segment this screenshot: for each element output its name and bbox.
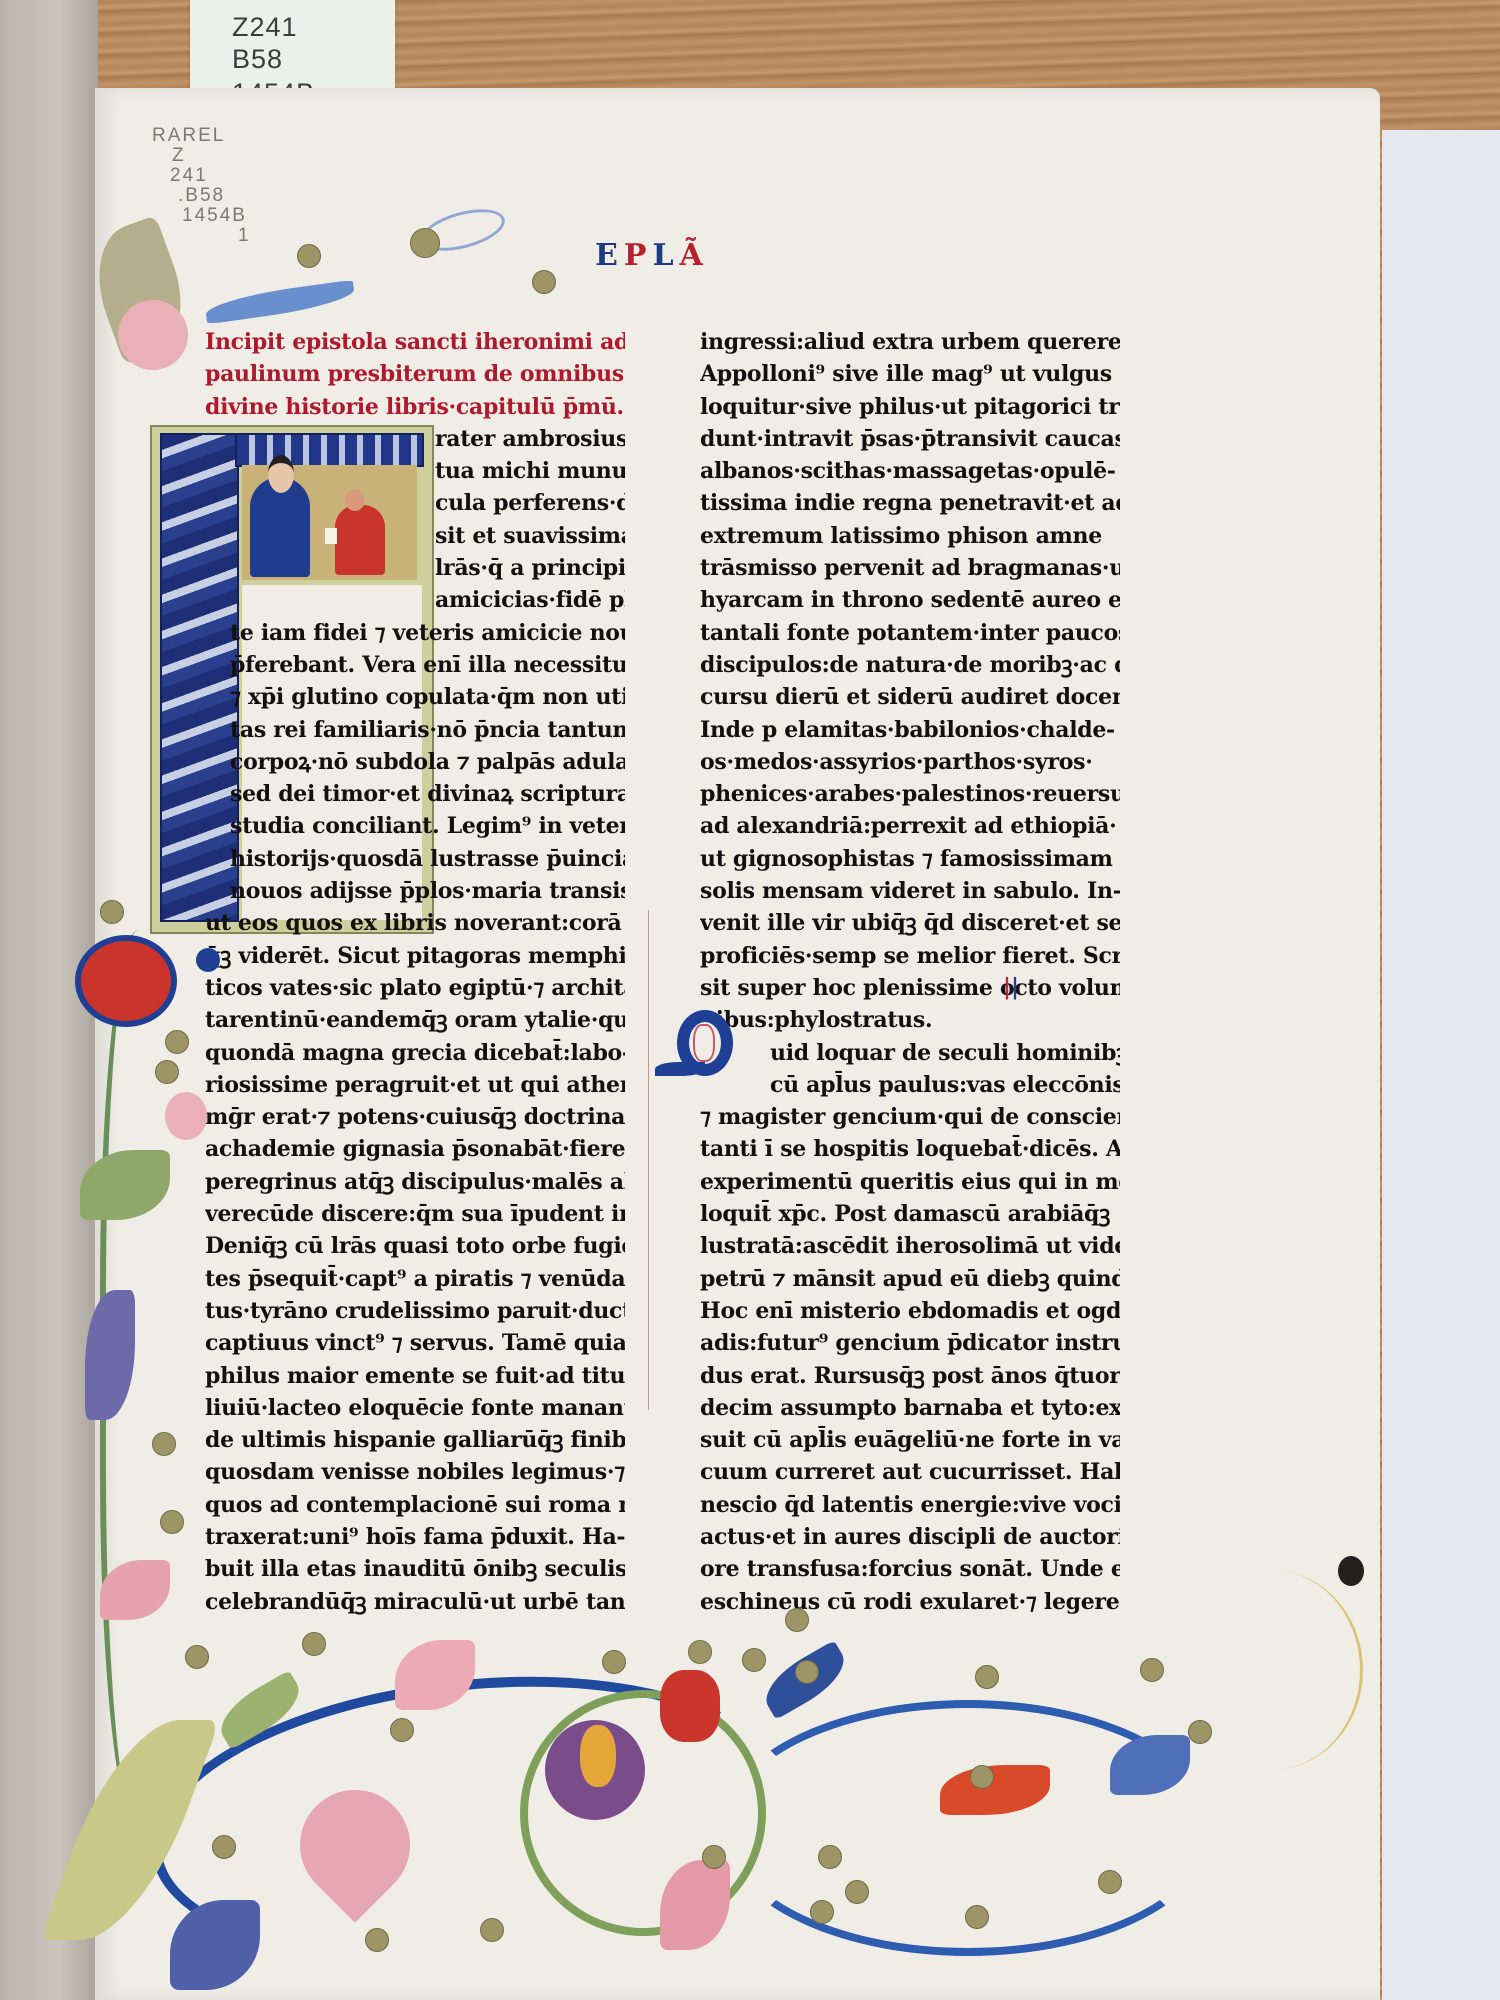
gold-dot-icon bbox=[845, 1880, 869, 1904]
text-line: ticos vates·sic plato egiptū·⁊ architā bbox=[205, 972, 625, 1004]
text-line: loquitur·sive philus·ut pitagorici tra- bbox=[700, 391, 1120, 423]
gold-dot-icon bbox=[688, 1640, 712, 1664]
text-line: ingressi:aliud extra urbem quererent. bbox=[700, 326, 1120, 358]
text-line: buit illa etas inauditū ōnibꝫ seculis· bbox=[205, 1553, 625, 1585]
gold-dot-icon bbox=[155, 1060, 179, 1084]
text-line: tas rei familiaris·nō p̄ncia tantum bbox=[205, 714, 625, 746]
sticky-line: Z241 bbox=[232, 12, 298, 43]
text-line: ⁊ magister gencium·qui de consciencia bbox=[700, 1101, 1120, 1133]
rubric-line: divine historie libris·capitulū p̄mū. bbox=[205, 391, 625, 423]
rubric-line: paulinum presbiterum de omnibus bbox=[205, 358, 625, 390]
text-line: os·medos·assyrios·parthos·syros· bbox=[700, 746, 1120, 778]
text-line: Deniq̄ꝫ cū lrās quasi toto orbe fugien- bbox=[205, 1230, 625, 1262]
text-line: solis mensam videret in sabulo. In- bbox=[700, 875, 1120, 907]
gold-dot-icon bbox=[975, 1665, 999, 1689]
pencil-line: 241 bbox=[152, 166, 251, 186]
text-line: ut gignosophistas ⁊ famosissimam bbox=[700, 843, 1120, 875]
text-line: philus maior emente se fuit·ad titum bbox=[205, 1360, 625, 1392]
text-line: ⁊ xp̄i glutino copulata·q̄m non utili- bbox=[205, 681, 625, 713]
red-blue-paragraph-mark: || bbox=[1003, 974, 1019, 1000]
golden-pinecone-icon bbox=[580, 1725, 616, 1787]
gold-dot-icon bbox=[212, 1835, 236, 1859]
text-line: nibus:phylostratus. bbox=[700, 1004, 1120, 1036]
running-header: EPLÃ bbox=[595, 238, 709, 273]
adjacent-white-paper bbox=[1382, 130, 1500, 2000]
initial-q-penwork bbox=[693, 1024, 715, 1062]
text-line: captiuus vinct⁹ ⁊ servus. Tamē quia bbox=[205, 1327, 625, 1359]
pencil-line: .B58 bbox=[152, 186, 251, 206]
pencil-line: 1454B bbox=[152, 206, 251, 226]
gold-dot-icon bbox=[532, 270, 556, 294]
text-line: tua michi munus- bbox=[205, 455, 625, 487]
text-line: quos ad contemplacionē sui roma nō bbox=[205, 1489, 625, 1521]
gold-dot-icon bbox=[390, 1718, 414, 1742]
text-line: tarentinū·eandemq̄ꝫ oram ytalie·que bbox=[205, 1004, 625, 1036]
gold-dot-icon bbox=[602, 1650, 626, 1674]
gold-dot-icon bbox=[785, 1608, 809, 1632]
text-line: celebrandūq̄ꝫ miraculū·ut urbē tantā bbox=[205, 1586, 625, 1618]
text-line: ore transfusa:forcius sonāt. Unde et bbox=[700, 1553, 1120, 1585]
text-line: cuum curreret aut cucurrisset. Habet bbox=[700, 1456, 1120, 1488]
gold-dot-icon bbox=[297, 244, 321, 268]
gold-dot-icon bbox=[970, 1765, 994, 1789]
gold-dot-icon bbox=[365, 1928, 389, 1952]
sticky-line: B58 bbox=[232, 44, 283, 75]
text-line: adis:futur⁹ gencium p̄dicator instruen- bbox=[700, 1327, 1120, 1359]
header-letter: E bbox=[595, 238, 624, 273]
text-line: ut eos quos ex libris noverant:corā bbox=[205, 907, 625, 939]
text-line: nouos adijsse p̄plos·maria transisse· bbox=[205, 875, 625, 907]
text-line: tus·tyrāno crudelissimo paruit·duct⁹ bbox=[205, 1295, 625, 1327]
text-line: rater ambrosius bbox=[205, 423, 625, 455]
text-line: trāsmisso pervenit ad bragmanas·ut bbox=[700, 552, 1120, 584]
gold-dot-icon bbox=[185, 1645, 209, 1669]
left-text-column: Incipit epistola sancti iheronimi ad pau… bbox=[205, 326, 625, 1618]
right-text-column: ingressi:aliud extra urbem quererent. Ap… bbox=[700, 326, 1120, 1618]
gold-dot-icon bbox=[742, 1648, 766, 1672]
text-line: Appolloni⁹ sive ille mag⁹ ut vulgus bbox=[700, 358, 1120, 390]
gold-dot-icon bbox=[795, 1660, 819, 1684]
gold-dot-icon bbox=[818, 1845, 842, 1869]
text-line: ad alexandriā:perrexit ad ethiopiā· bbox=[700, 810, 1120, 842]
text-line: extremum latissimo phison amne bbox=[700, 520, 1120, 552]
text-line: peregrinus atq̄ꝫ discipulus·malēs aliena bbox=[205, 1166, 625, 1198]
gold-dot-icon bbox=[160, 1510, 184, 1534]
text-line: de ultimis hispanie galliarūq̄ꝫ finibꝫ· bbox=[205, 1424, 625, 1456]
pink-flower-icon bbox=[118, 300, 188, 370]
gold-dot-icon bbox=[302, 1632, 326, 1656]
blue-bud-icon bbox=[196, 948, 220, 972]
text-line: sit super hoc plenissime octo volumi- bbox=[700, 972, 1120, 1004]
text-line: hyarcam in throno sedentē aureo et de bbox=[700, 584, 1120, 616]
text-line: verecūde discere:q̄m sua īpudent ingerē. bbox=[205, 1198, 625, 1230]
gold-dot-icon bbox=[702, 1845, 726, 1869]
text-line: uid loquar de seculi hominibꝫ· bbox=[700, 1037, 1120, 1069]
text-line: nescio q̄d latentis energie:vive vocis bbox=[700, 1489, 1120, 1521]
gold-dot-icon bbox=[1188, 1720, 1212, 1744]
header-letter: P bbox=[624, 238, 653, 273]
text-line: cū apl̄us paulus:vas eleccōnis· bbox=[700, 1069, 1120, 1101]
header-letter: Ã bbox=[680, 238, 709, 273]
text-line: p̄ferebant. Vera enī illa necessitudo ē· bbox=[205, 649, 625, 681]
pencil-line: RAREL bbox=[152, 126, 251, 146]
pencil-line: 1 bbox=[152, 226, 251, 246]
text-line: q̄ꝫ viderēt. Sicut pitagoras memphi- bbox=[205, 940, 625, 972]
text-line: te iam fidei ⁊ veteris amicicie noua: bbox=[205, 617, 625, 649]
text-line: decim assumpto barnaba et tyto:expo- bbox=[700, 1392, 1120, 1424]
text-line: tanti ī se hospitis loquebat̄·dicēs. An bbox=[700, 1133, 1120, 1165]
gold-dot-icon bbox=[1098, 1870, 1122, 1894]
gold-dot-icon bbox=[410, 228, 440, 258]
text-line: loquit̄ xp̄c. Post damascū arabiāq̄ꝫ bbox=[700, 1198, 1120, 1230]
text-line: venit ille vir ubiq̄ꝫ q̄d disceret·et se… bbox=[700, 907, 1120, 939]
text-line: amicicias·fidē pba- bbox=[205, 584, 625, 616]
text-line: phenices·arabes·palestinos·reuersus bbox=[700, 778, 1120, 810]
gold-dot-icon bbox=[165, 1030, 189, 1054]
gold-dot-icon bbox=[100, 900, 124, 924]
header-letter: L bbox=[652, 238, 679, 273]
red-penwork-flourish bbox=[648, 910, 689, 1410]
text-line: suit cū apl̄is euāgeliū·ne forte in va- bbox=[700, 1424, 1120, 1456]
text-line: achademie gignasia p̄sonabāt·fieret bbox=[205, 1133, 625, 1165]
text-line: lrās·q̄ a principio bbox=[205, 552, 625, 584]
text-line: cula perferens·detulit bbox=[205, 487, 625, 519]
text-line: quondā magna grecia dicebat̄:labo- bbox=[205, 1037, 625, 1069]
text-line: Hoc enī misterio ebdomadis et ogdo- bbox=[700, 1295, 1120, 1327]
gold-dot-icon bbox=[965, 1905, 989, 1929]
gold-dot-icon bbox=[1140, 1658, 1164, 1682]
text-line: tissima indie regna penetravit·et ad bbox=[700, 487, 1120, 519]
text-line: lustratā:ascēdit iherosolimā ut videt bbox=[700, 1230, 1120, 1262]
text-line: cursu dierū et siderū audiret docentem. bbox=[700, 681, 1120, 713]
text-line: discipulos:de natura·de moribꝫ·ac de bbox=[700, 649, 1120, 681]
red-pomegranate-icon bbox=[660, 1670, 720, 1742]
text-line: riosissime peragruit·et ut qui athenis bbox=[205, 1069, 625, 1101]
text-line: proficiēs·semp se melior fieret. Scrip- bbox=[700, 940, 1120, 972]
pencil-call-number: RAREL Z 241 .B58 1454B 1 bbox=[152, 126, 251, 246]
text-line: studia conciliant. Legim⁹ in veteribꝫ bbox=[205, 810, 625, 842]
text-line: liuiū·lacteo eloquēcie fonte manantē· bbox=[205, 1392, 625, 1424]
text-line: traxerat:uni⁹ hoīs fama p̄duxit. Ha- bbox=[205, 1521, 625, 1553]
text-line: eschineus cū rodi exularet·⁊ legeretur bbox=[700, 1586, 1120, 1618]
pencil-line: Z bbox=[152, 146, 251, 166]
rubric-line: Incipit epistola sancti iheronimi ad bbox=[205, 326, 625, 358]
text-line: tantali fonte potantem·inter paucos bbox=[700, 617, 1120, 649]
pink-flower-icon bbox=[165, 1092, 207, 1140]
initial-q-tail bbox=[655, 1062, 705, 1076]
text-line: sit et suavissimas bbox=[205, 520, 625, 552]
ink-grotesque-head-icon bbox=[1338, 1556, 1364, 1586]
text-line: dus erat. Rursusq̄ꝫ post ānos q̄tuor- bbox=[700, 1360, 1120, 1392]
red-pomegranate-icon bbox=[75, 935, 177, 1027]
text-line: corpoꝝ·nō subdola ⁊ palpās adulacō· bbox=[205, 746, 625, 778]
text-line: quosdam venisse nobiles legimus·⁊ bbox=[205, 1456, 625, 1488]
gold-dot-icon bbox=[810, 1900, 834, 1924]
text-line: historijs·quosdā lustrasse p̄uincias· bbox=[205, 843, 625, 875]
text-line: actus·et in aures discipli de auctoris bbox=[700, 1521, 1120, 1553]
text-line: Inde p elamitas·babilonios·chalde- bbox=[700, 714, 1120, 746]
text-line: dunt·intravit p̄sas·p̄transivit caucasū· bbox=[700, 423, 1120, 455]
text-line: sed dei timor·et divinaꝝ scripturarū bbox=[205, 778, 625, 810]
gold-dot-icon bbox=[480, 1918, 504, 1942]
text-line: experimentū queritis eius qui in me bbox=[700, 1166, 1120, 1198]
text-line: petrū ⁊ mānsit apud eū diebꝫ quindecī. bbox=[700, 1263, 1120, 1295]
gold-dot-icon bbox=[152, 1432, 176, 1456]
text-line: albanos·scithas·massagetas·opulē- bbox=[700, 455, 1120, 487]
text-line: tes p̄sequit̄·capt⁹ a piratis ⁊ venūda- bbox=[205, 1263, 625, 1295]
text-line: mḡr erat·⁊ potens·cuiusq̄ꝫ doctrinas bbox=[205, 1101, 625, 1133]
blue-initial-q bbox=[655, 1010, 735, 1085]
